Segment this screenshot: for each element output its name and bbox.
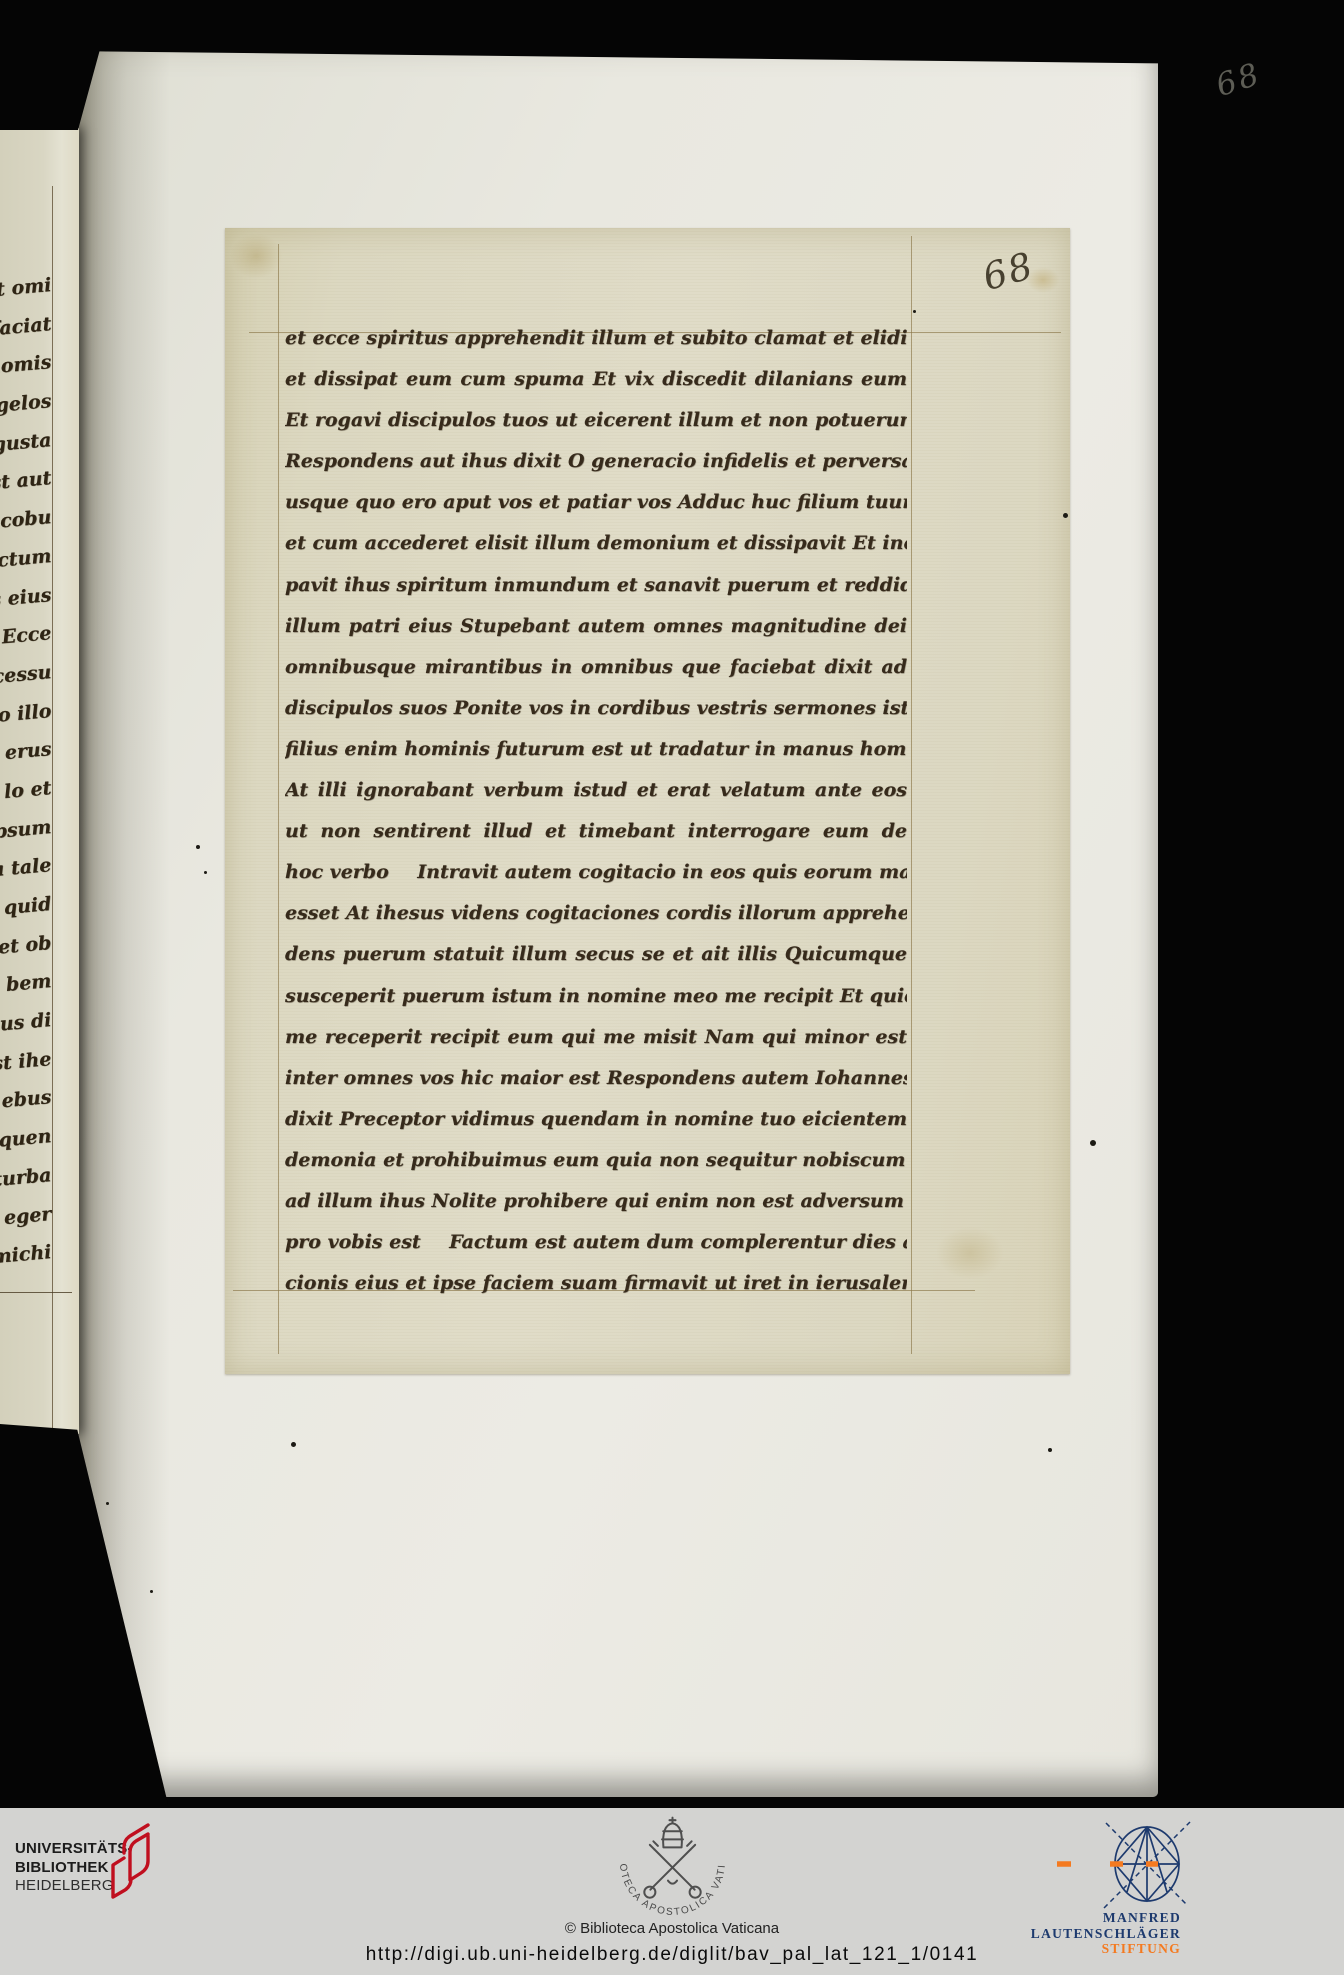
manuscript-text: et ecce spiritus apprehendit illum et su… [285,318,907,1304]
manuscript-text-line: me receperit recipit eum qui me misit Na… [285,1017,907,1058]
manuscript-text-line: et dissipat eum cum spuma Et vix discedi… [285,359,907,400]
manuscript-text-line: dens puerum statuit illum secus se et ai… [285,934,907,975]
footer-bar: UNIVERSITÄTS- BIBLIOTHEK HEIDELBERG [0,1808,1344,1975]
foundation-name-line2: LAUTENSCHLÄGER [1031,1926,1181,1942]
mounted-leaf: 68 et ecce spiritus apprehendit illum et… [225,228,1070,1374]
facing-page-fragment: o michi [0,1241,54,1289]
manuscript-text-line: pro vobis est Factum est autem dum compl… [285,1222,907,1263]
manuscript-text-line: ad illum ihus Nolite prohibere qui enim … [285,1181,907,1222]
ruling-line-right [911,236,912,1354]
manuscript-text-line: At illi ignorabant verbum istud et erat … [285,770,907,811]
manuscript-text-line: discipulos suos Ponite vos in cordibus v… [285,688,907,729]
svg-text:BIBLIOTECA APOSTOLICA VATICANA: BIBLIOTECA APOSTOLICA VATICANA [617,1863,728,1918]
pencil-folio-number: 68 [1212,56,1266,104]
manuscript-text-line: inter omnes vos hic maior est Respondens… [285,1058,907,1099]
dust-speck [913,310,916,313]
manuscript-text-line: omnibusque mirantibus in omnibus que fac… [285,647,907,688]
manuscript-text-line: demonia et prohibuimus eum quia non sequ… [285,1140,907,1181]
scan-viewport: 68 et ecce spiritus apprehendit illum et… [0,0,1344,1975]
vatican-seal-arc-text: BIBLIOTECA APOSTOLICA VATICANA [617,1863,728,1918]
manuscript-text-line: pavit ihus spiritum inmundum et sanavit … [285,565,907,606]
manuscript-text-line: usque quo ero aput vos et patiar vos Add… [285,482,907,523]
manuscript-text-line: esset At ihesus videns cogitaciones cord… [285,893,907,934]
manuscript-text-line: illum patri eius Stupebant autem omnes m… [285,606,907,647]
dust-speck [1063,513,1068,518]
dust-speck [106,1502,109,1505]
leaf-stain [925,1218,1015,1288]
manuscript-text-line: cionis eius et ipse faciem suam firmavit… [285,1263,907,1304]
manuscript-text-line: dixit Preceptor vidimus quendam in nomin… [285,1099,907,1140]
mls-foundation-logo-icon [1040,1820,1192,1912]
dust-speck [204,871,207,874]
manuscript-text-line: ut non sentirent illud et timebant inter… [285,811,907,852]
dust-speck [1090,1140,1096,1146]
facing-page-edge: t omi u faciat homis ngelos o gusta st a… [0,128,79,1434]
dust-speck [1048,1448,1052,1452]
facing-page-fragments: t omi u faciat homis ngelos o gusta st a… [0,274,52,1280]
manuscript-text-line: Respondens aut ihus dixit O generacio in… [285,441,907,482]
manuscript-text-line: filius enim hominis futurum est ut trada… [285,729,907,770]
dust-speck [291,1442,296,1447]
leaf-stain [221,226,291,286]
manuscript-text-line: hoc verbo Intravit autem cogitacio in eo… [285,852,907,893]
foundation-name-line3: STIFTUNG [1031,1941,1181,1957]
manuscript-text-line: susceperit puerum istum in nomine meo me… [285,976,907,1017]
dust-speck [196,845,200,849]
ub-heidelberg-logo-icon [108,1822,154,1902]
ruling-line-left [278,244,279,1354]
foundation-name-line1: MANFRED [1031,1910,1181,1926]
facing-page-bottom-rule [0,1292,72,1293]
manuscript-text-line: et cum accederet elisit illum demonium e… [285,523,907,564]
vatican-seal-icon: BIBLIOTECA APOSTOLICA VATICANA [600,1813,745,1918]
foundation-name: MANFRED LAUTENSCHLÄGER STIFTUNG [1031,1910,1181,1957]
dust-speck [150,1590,153,1593]
manuscript-text-line: Et rogavi discipulos tuos ut eicerent il… [285,400,907,441]
manuscript-text-line: et ecce spiritus apprehendit illum et su… [285,318,907,359]
